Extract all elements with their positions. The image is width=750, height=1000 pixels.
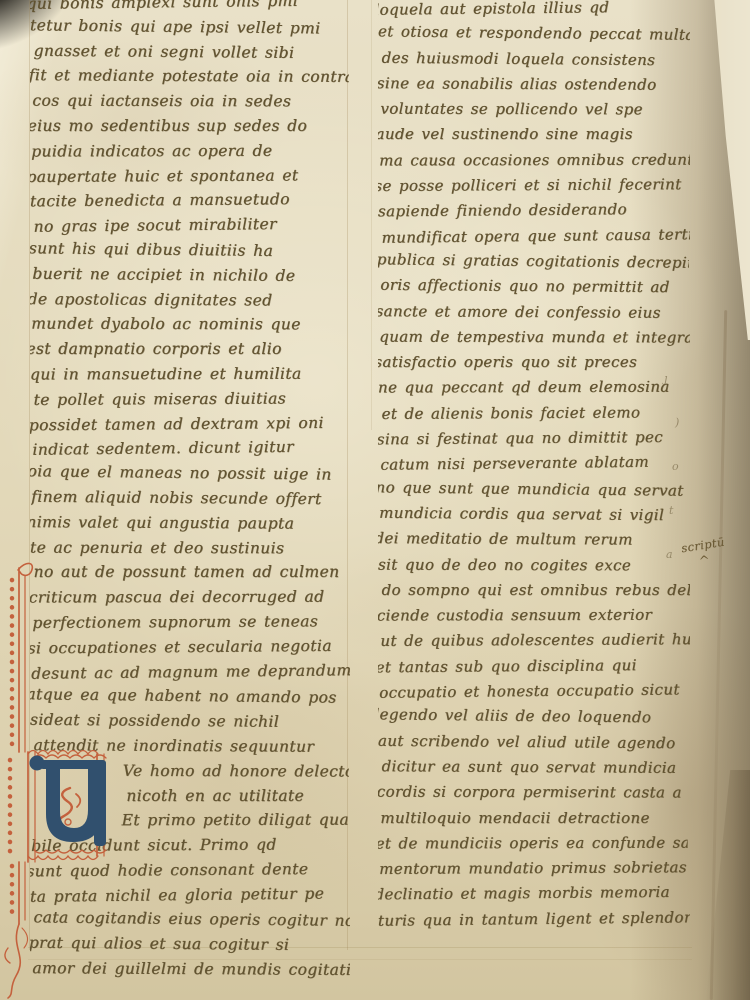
manuscript-line: publica si gratias cogitationis decrepit… bbox=[378, 247, 689, 276]
manuscript-line: multiloquio mendacii detractione bbox=[380, 806, 690, 831]
manuscript-line: fit et mediante potestate oia in contra bbox=[30, 63, 349, 90]
adjacent-page-text: angadqnulasubqd ppmoascesicqphlyriptdra bbox=[696, 0, 750, 298]
ruling-line bbox=[371, 0, 372, 430]
manuscript-line: cos qui iactanseis oia in sedes bbox=[32, 89, 350, 115]
adjacent-page-line: ra bbox=[710, 267, 750, 297]
manuscript-line: et de alienis bonis faciet elemo bbox=[382, 400, 690, 427]
manuscript-line: et otiosa et respondendo peccat multas bbox=[378, 20, 690, 49]
manuscript-line: mundet dyabolo ac nominis que bbox=[31, 312, 350, 338]
margin-ink-mark: ) bbox=[675, 416, 679, 429]
manuscript-line: sunt his qui dibus diuitiis ha bbox=[30, 236, 349, 264]
manuscript-line: mundificat opera que sunt causa tertia bbox=[381, 222, 690, 251]
manuscript-line: ma causa occasiones omnibus credunt bbox=[379, 147, 690, 173]
manuscript-line: est dampnatio corporis et alio bbox=[30, 337, 346, 362]
manuscript-line: oia que el maneas no possit uige in bbox=[30, 459, 348, 487]
adjacent-page-edge: angadqnulasubqd ppmoascesicqphlyriptdra bbox=[696, 0, 750, 340]
manuscript-line: de apostolicas dignitates sed bbox=[30, 287, 348, 314]
manuscript-line: dei meditatio de multum rerum bbox=[378, 526, 686, 553]
manuscript-line: ciende custodia sensuum exterior bbox=[378, 603, 689, 629]
manuscript-line: occupatio et honesta occupatio sicut bbox=[379, 677, 690, 706]
manuscript-line: finem aliquid nobis secunde offert bbox=[31, 485, 350, 512]
manuscript-line: nimis valet qui angustia paupta bbox=[30, 510, 346, 537]
manuscript-line: satisfactio operis quo sit preces bbox=[378, 350, 686, 375]
manuscript-line: ut de quibus adolescentes audierit huius bbox=[380, 628, 690, 655]
manuscript-line: puidia indicatos ac opera de bbox=[31, 138, 350, 164]
manuscript-line: no que sunt que mundicia qua servat bbox=[378, 475, 688, 504]
manuscript-line: sancte et amore dei confessio eius bbox=[378, 299, 688, 326]
manuscript-line: te pollet quis miseras diuitias bbox=[34, 386, 350, 413]
manuscript-line: catum nisi perseverante ablatam bbox=[380, 450, 690, 479]
manuscript-photo: qui bonis amplexi sunt onis pmitetur bon… bbox=[0, 0, 750, 1000]
manuscript-line: paupertate huic et spontanea et bbox=[30, 163, 346, 190]
drop-cap-initial: U bbox=[24, 750, 120, 858]
drop-cap-letter: U bbox=[54, 795, 80, 830]
manuscript-line: legendo vel aliis de deo loquendo bbox=[378, 703, 687, 732]
manuscript-line: indicat sedentem. dicunt igitur bbox=[32, 435, 350, 463]
manuscript-line: gnasset et oni segni vollet sibi bbox=[34, 38, 350, 65]
manuscript-line: sit quo de deo no cogites exce bbox=[378, 552, 690, 578]
margin-ink-mark: o bbox=[672, 460, 679, 473]
text-column-right: loquela aut epistola illius qdet otiosa … bbox=[378, 0, 690, 944]
manuscript-line: aude vel sustinendo sine magis bbox=[378, 122, 688, 147]
manuscript-line: oris affectionis quo no permittit ad bbox=[380, 273, 690, 301]
manuscript-line: et tantas sub quo disciplina qui bbox=[378, 652, 688, 680]
caret-insertion-mark: ^ bbox=[698, 553, 710, 569]
manuscript-line: ne qua peccant qd deum elemosina bbox=[378, 375, 690, 401]
manuscript-line: possidet tamen ad dextram xpi oni bbox=[30, 410, 349, 437]
manuscript-line: dicitur ea sunt quo servat mundicia bbox=[382, 754, 690, 781]
manuscript-line: buerit ne accipiet in nichilo de bbox=[32, 261, 350, 288]
manuscript-line: sina si festinat qua no dimittit pec bbox=[378, 425, 689, 453]
manuscript-line: qui in mansuetudine et humilita bbox=[30, 362, 350, 388]
manuscript-line: quam de tempestiva munda et integra bbox=[379, 324, 690, 350]
manuscript-line: des huiusmodi loquela consistens bbox=[381, 45, 690, 73]
manuscript-line: cordis si corpora permiserint casta a bbox=[378, 780, 689, 806]
manuscript-line: declinatio et magis morbis memoria bbox=[378, 880, 687, 908]
manuscript-line: sapiende finiendo desiderando bbox=[378, 197, 690, 225]
manuscript-line: aut scribendo vel aliud utile agendo bbox=[378, 728, 690, 756]
margin-ink-mark: t bbox=[669, 504, 673, 517]
manuscript-line: et de mundiciis operis ea confunde sal bbox=[378, 830, 688, 856]
manuscript-line: sine ea sonabilis alias ostendendo bbox=[378, 71, 689, 98]
margin-ink-mark: ȷ bbox=[664, 372, 667, 385]
manuscript-line: mundicia cordis qua servat si vigil bbox=[379, 501, 690, 529]
manuscript-line: tacite benedicta a mansuetudo bbox=[30, 187, 350, 214]
manuscript-line: turis qua in tantum ligent et splendorem bbox=[378, 905, 690, 934]
manuscript-line: se posse polliceri et si nichil fecerint bbox=[378, 172, 686, 199]
manuscript-line: no gras ipe socut mirabiliter bbox=[33, 211, 350, 239]
manuscript-line: eius mo sedentibus sup sedes do bbox=[30, 114, 348, 139]
manuscript-line: mentorum mundatio primus sobrietas bbox=[379, 855, 690, 882]
margin-ink-mark: a bbox=[666, 548, 673, 561]
manuscript-line: tetur bonis qui ape ipsi vellet pmi bbox=[30, 13, 350, 41]
manuscript-line: voluntates se pollicendo vel spe bbox=[380, 97, 690, 123]
manuscript-line: do sompno qui est omnibus rebus deli bbox=[382, 578, 690, 603]
